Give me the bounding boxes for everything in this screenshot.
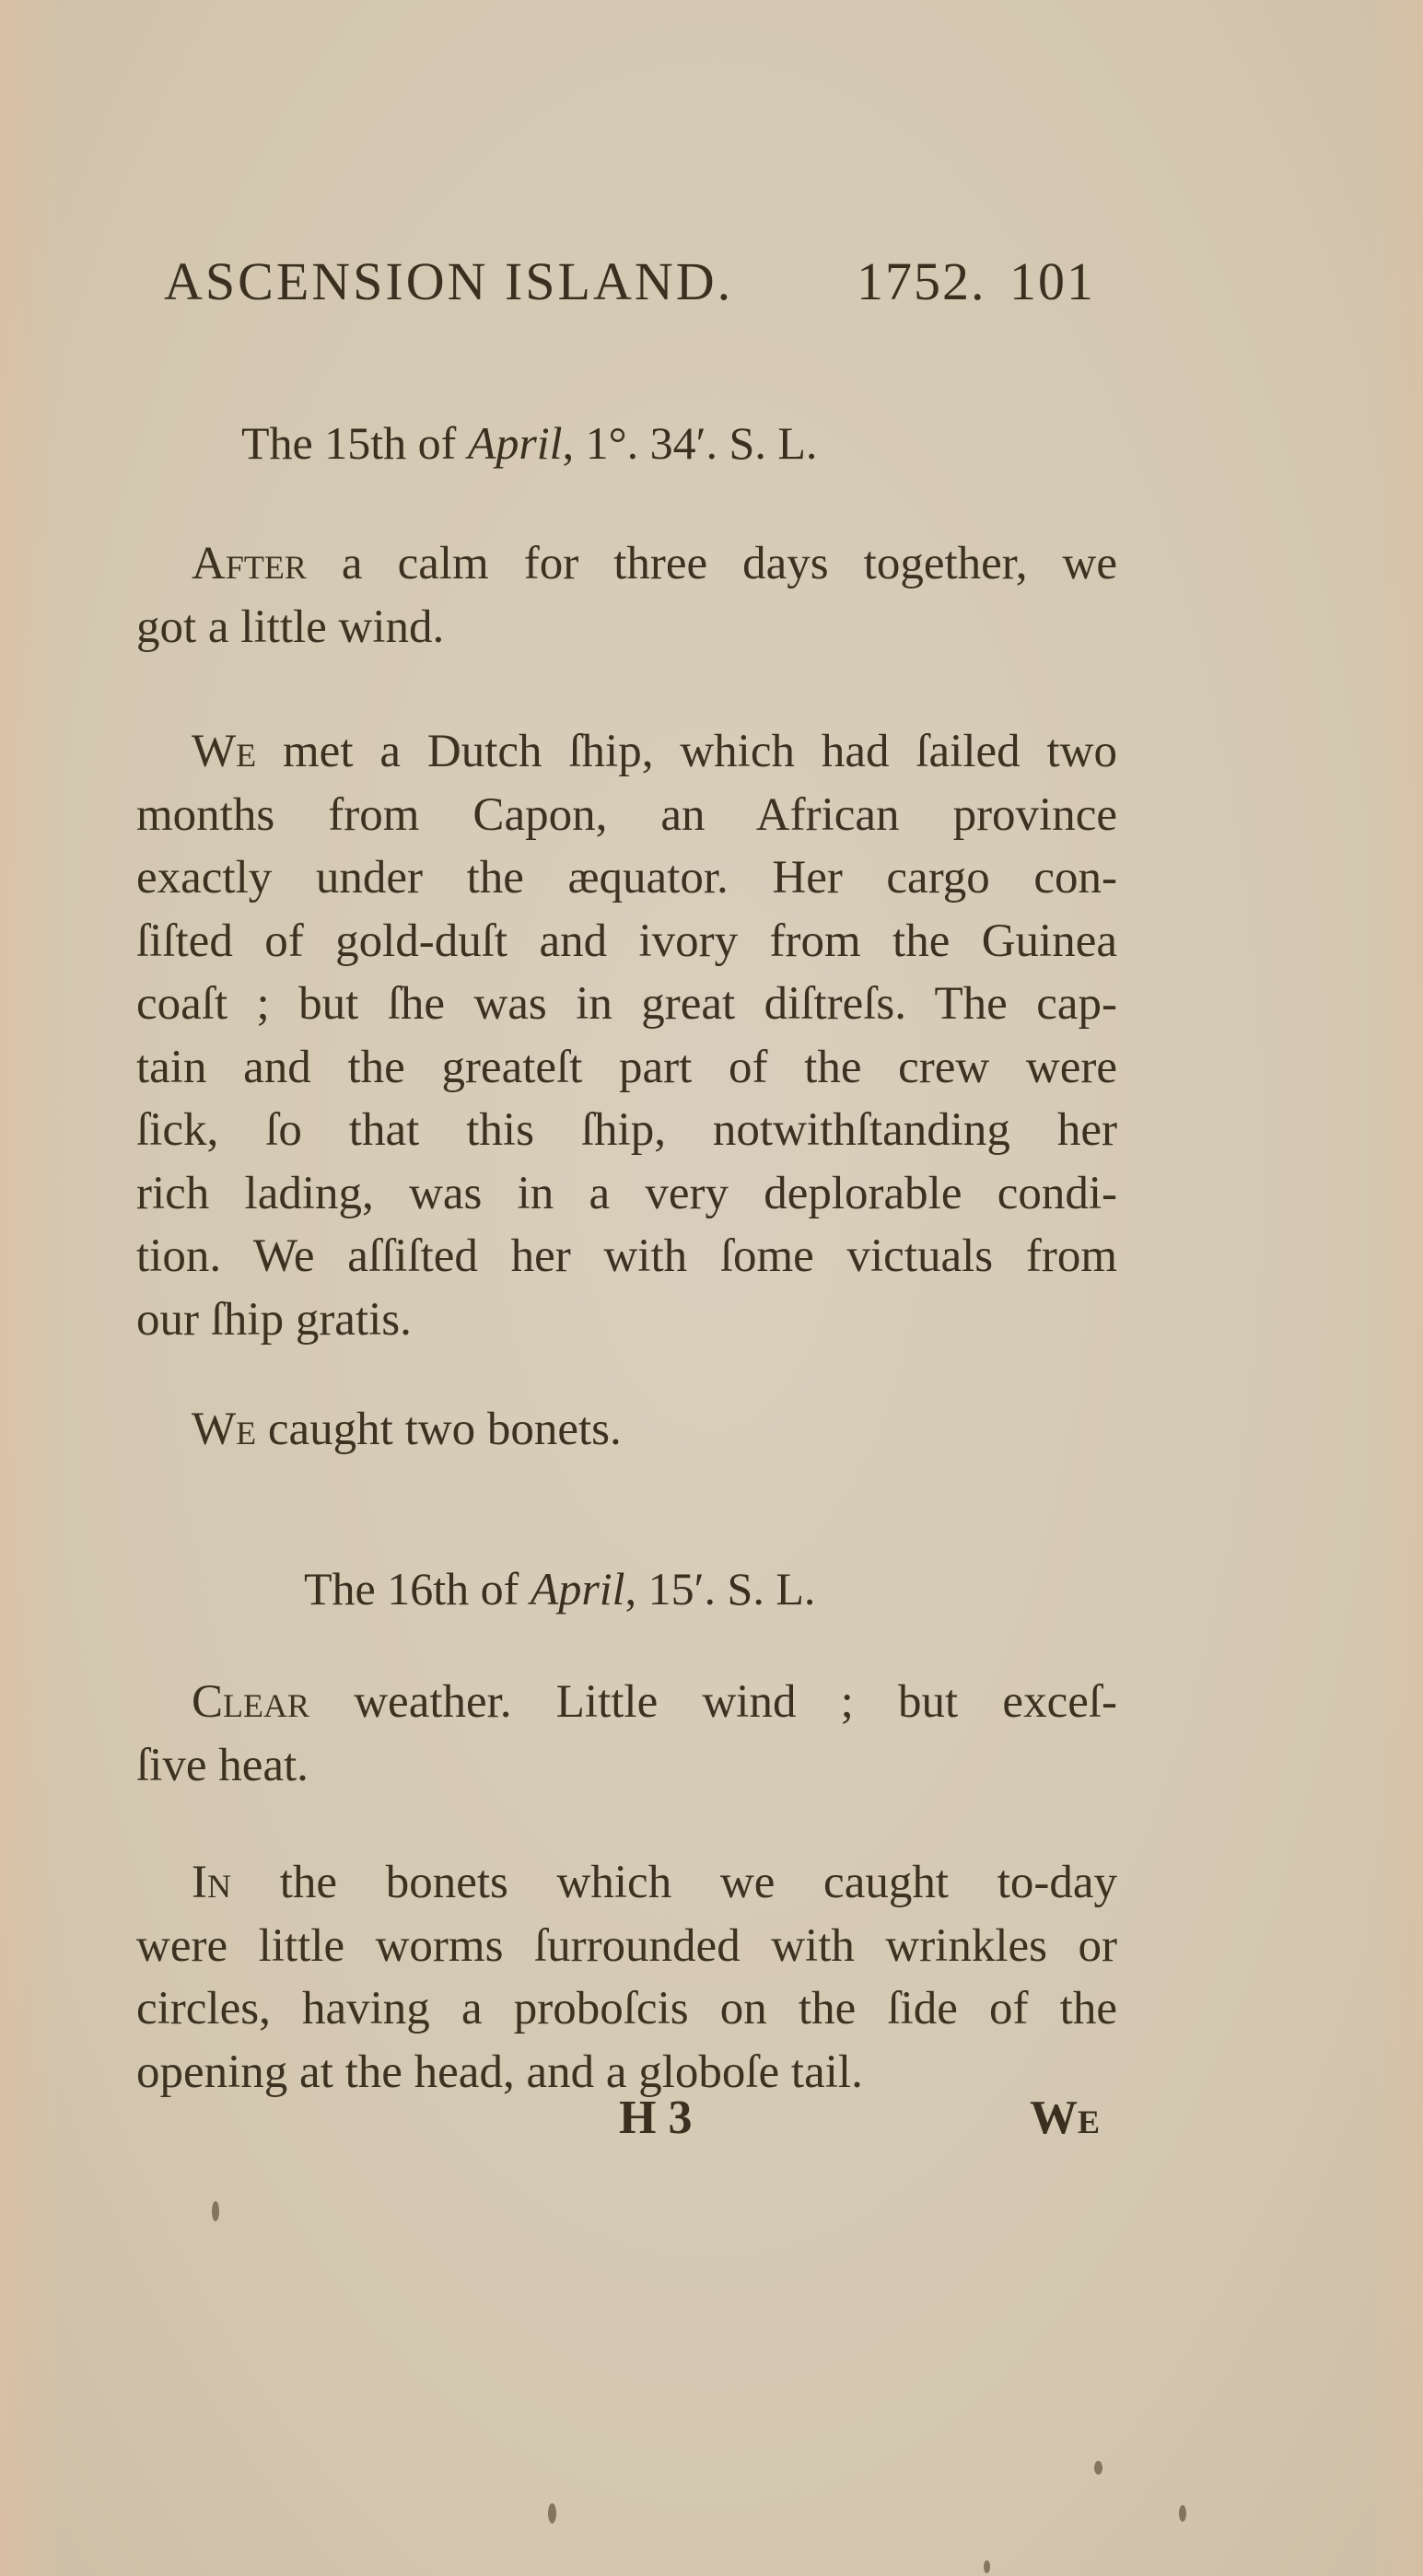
text-line: rich lading, was in a very deplorable co… <box>136 1162 1117 1226</box>
text-line: tain and the greateſt part of the crew w… <box>136 1036 1117 1100</box>
text-line: exactly under the æquator. Her cargo con… <box>136 846 1117 910</box>
text-line-content: a calm for three days together, we <box>307 538 1117 589</box>
text-line: got a little wind. <box>136 596 1117 659</box>
paragraph-caught-bonets: We caught two bonets. <box>136 1398 1117 1462</box>
paper-speck <box>548 2503 556 2524</box>
text-line: were little worms ſurrounded with wrinkl… <box>136 1915 1117 1978</box>
date-heading-month: April <box>468 417 563 469</box>
text-line: circles, having a proboſcis on the ſide … <box>136 1977 1117 2041</box>
paper-speck <box>984 2560 990 2573</box>
text-line: ſive heat. <box>136 1734 1117 1798</box>
running-head-year: 1752. <box>857 251 986 312</box>
text-line: After a calm for three days together, we <box>136 532 1117 596</box>
text-line-content: caught two bonets. <box>256 1404 622 1455</box>
date-heading-april-16: The 16th of April, 15′. S. L. <box>304 1562 815 1615</box>
paragraph-dutch-ship: We met a Dutch ſhip, which had ſailed tw… <box>136 720 1117 1351</box>
text-line-content: weather. Little wind ; but exceſ- <box>309 1676 1117 1728</box>
paper-speck <box>1094 2461 1102 2475</box>
date-heading-april-15: The 15th of April, 1°. 34′. S. L. <box>241 416 817 470</box>
date-heading-coords: , 15′. S. L. <box>625 1563 816 1614</box>
text-line: We caught two bonets. <box>136 1398 1117 1462</box>
text-line: tion. We aſſiſted her with ſome victuals… <box>136 1225 1117 1288</box>
text-line: ſick, ſo that this ſhip, notwithſtanding… <box>136 1099 1117 1162</box>
running-head: ASCENSION ISLAND. 1752. 101 <box>164 251 1122 312</box>
text-line: In the bonets which we caught to-day <box>136 1851 1117 1915</box>
paragraph-lead-word: After <box>192 538 307 589</box>
text-line: We met a Dutch ſhip, which had ſailed tw… <box>136 720 1117 784</box>
paragraph-after-calm: After a calm for three days together, we… <box>136 532 1117 659</box>
date-heading-text: The 15th of <box>241 417 468 469</box>
signature-mark: H 3 <box>619 2091 692 2145</box>
date-heading-text: The 16th of <box>304 1563 531 1614</box>
text-line-content: met a Dutch ſhip, which had ſailed two <box>256 726 1117 777</box>
running-head-title: ASCENSION ISLAND. <box>164 251 733 311</box>
paragraph-lead-word: We <box>192 1404 256 1455</box>
date-heading-coords: , 1°. 34′. S. L. <box>563 417 818 469</box>
paragraph-lead-word: Clear <box>192 1676 309 1728</box>
catchword: We <box>1030 2091 1100 2145</box>
paper-speck <box>1179 2505 1186 2522</box>
book-page: ASCENSION ISLAND. 1752. 101 The 15th of … <box>0 0 1423 2576</box>
text-line: months from Capon, an African province <box>136 784 1117 847</box>
text-line: ſiſted of gold-duſt and ivory from the G… <box>136 910 1117 973</box>
page-number: 101 <box>1009 251 1095 312</box>
text-line: Clear weather. Little wind ; but exceſ- <box>136 1671 1117 1734</box>
paragraph-lead-word: We <box>192 726 256 777</box>
paragraph-bonet-worms: In the bonets which we caught to-day wer… <box>136 1851 1117 2104</box>
text-line: coaſt ; but ſhe was in great diſtreſs. T… <box>136 973 1117 1036</box>
paper-speck <box>212 2201 219 2221</box>
date-heading-month: April <box>531 1563 625 1614</box>
text-line-content: the bonets which we caught to-day <box>231 1857 1117 1908</box>
text-line: our ſhip gratis. <box>136 1288 1117 1352</box>
paragraph-lead-word: In <box>192 1857 231 1908</box>
paragraph-clear-weather: Clear weather. Little wind ; but exceſ- … <box>136 1671 1117 1797</box>
